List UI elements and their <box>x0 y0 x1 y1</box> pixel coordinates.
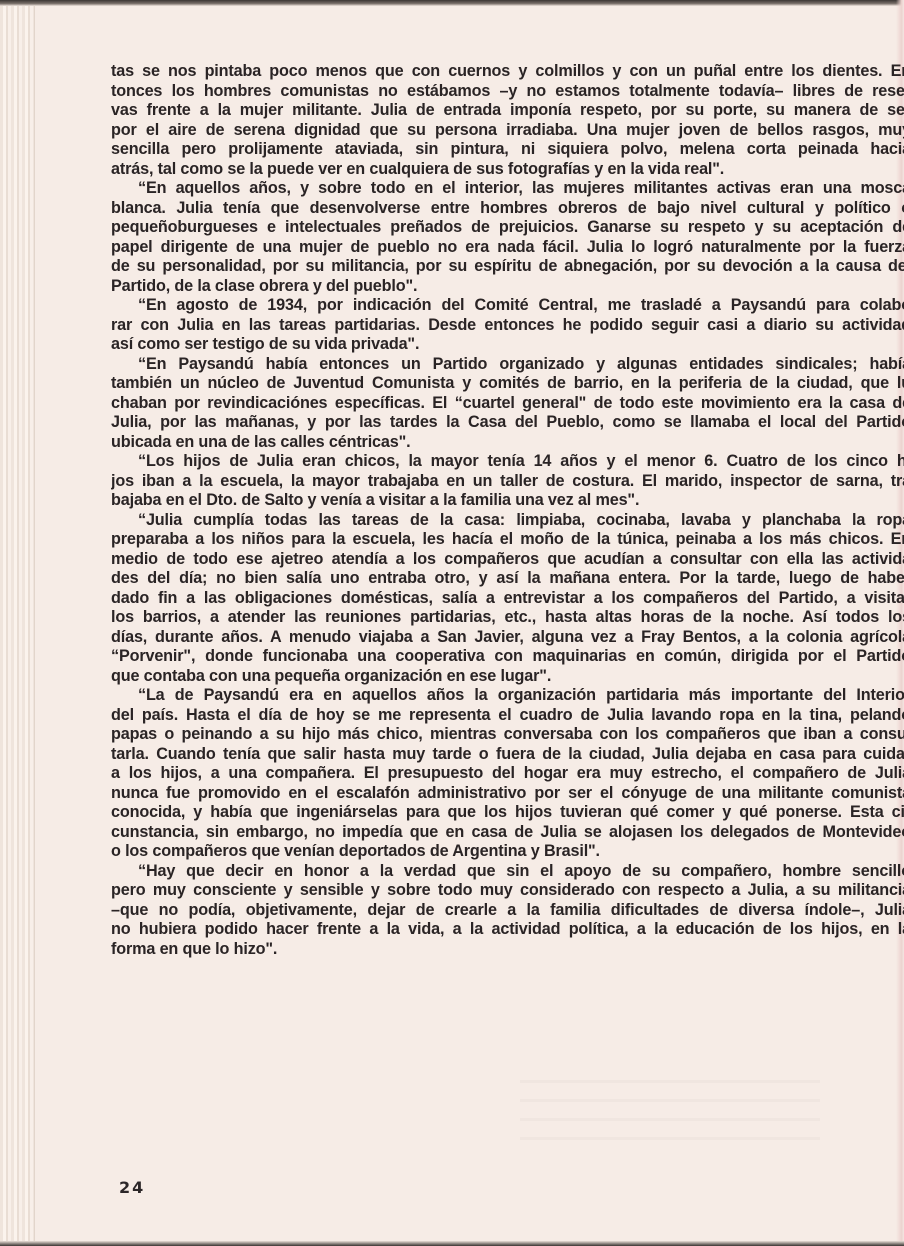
text-line: tonces los hombres comunistas no estábam… <box>111 82 904 102</box>
text-line: vas frente a la mujer militante. Julia d… <box>111 101 904 121</box>
text-line: que contaba con una pequeña organización… <box>111 667 904 687</box>
text-line: medio de todo ese ajetreo atendía a los … <box>111 550 904 570</box>
text-line: “Porvenir", donde funcionaba una coopera… <box>111 647 904 667</box>
text-line: forma en que lo hizo". <box>111 940 904 960</box>
text-line: también un núcleo de Juventud Comunista … <box>111 374 904 394</box>
text-line: papel dirigente de una mujer de pueblo n… <box>111 238 904 258</box>
text-line: días, durante años. A menudo viajaba a S… <box>111 628 904 648</box>
text-line: blanca. Julia tenía que desenvolverse en… <box>111 199 904 219</box>
text-line: Partido, de la clase obrera y del pueblo… <box>111 277 904 297</box>
text-line: “En agosto de 1934, por indicación del C… <box>111 296 904 316</box>
text-line: chaban por revindicaciónes específicas. … <box>111 394 904 414</box>
text-line: bajaba en el Dto. de Salto y venía a vis… <box>111 491 904 511</box>
text-line: atrás, tal como se la puede ver en cualq… <box>111 160 904 180</box>
text-line: preparaba a los niños para la escuela, l… <box>111 530 904 550</box>
text-line: “En aquellos años, y sobre todo en el in… <box>111 179 904 199</box>
text-line: por el aire de serena dignidad que su pe… <box>111 121 904 141</box>
text-line: –que no podía, objetivamente, dejar de c… <box>111 901 904 921</box>
text-line: cunstancia, sin embargo, no impedía que … <box>111 823 904 843</box>
text-line: conocida, y había que ingeniárselas para… <box>111 803 904 823</box>
text-line: “Los hijos de Julia eran chicos, la mayo… <box>111 452 904 472</box>
text-line: nunca fue promovido en el escalafón admi… <box>111 784 904 804</box>
text-line: sencilla pero prolijamente ataviada, sin… <box>111 140 904 160</box>
text-line: así como ser testigo de su vida privada"… <box>111 335 904 355</box>
text-line: papas o peinando a su hijo más chico, mi… <box>111 725 904 745</box>
text-line: del país. Hasta el día de hoy se me repr… <box>111 706 904 726</box>
body-text: tas se nos pintaba poco menos que con cu… <box>111 62 904 1162</box>
text-line: o los compañeros que venían deportados d… <box>111 842 904 862</box>
text-line: tas se nos pintaba poco menos que con cu… <box>111 62 904 82</box>
text-line: “La de Paysandú era en aquellos años la … <box>111 686 904 706</box>
text-line: “Julia cumplía todas las tareas de la ca… <box>111 511 904 531</box>
text-line: “En Paysandú había entonces un Partido o… <box>111 355 904 375</box>
scan-top-border <box>0 0 904 6</box>
text-line: pequeñoburgueses e intelectuales preñado… <box>111 218 904 238</box>
text-line: dado fin a las obligaciones domésticas, … <box>111 589 904 609</box>
text-line: rar con Julia en las tareas partidarias.… <box>111 316 904 336</box>
text-line: tarla. Cuando tenía que salir hasta muy … <box>111 745 904 765</box>
scan-bottom-border <box>0 1241 904 1246</box>
text-line: “Hay que decir en honor a la verdad que … <box>111 862 904 882</box>
text-line: pero muy consciente y sensible y sobre t… <box>111 881 904 901</box>
text-line: de su personalidad, por su militancia, p… <box>111 257 904 277</box>
text-line: los barrios, a atender las reuniones par… <box>111 608 904 628</box>
text-line: des del día; no bien salía uno entraba o… <box>111 569 904 589</box>
page-number: 24 <box>119 1178 145 1197</box>
text-line: jos iban a la escuela, la mayor trabajab… <box>111 472 904 492</box>
text-line: no hubiera podido hacer frente a la vida… <box>111 920 904 940</box>
text-line: Julia, por las mañanas, y por las tardes… <box>111 413 904 433</box>
page-stack-edge <box>0 0 35 1246</box>
text-line: ubicada en una de las calles céntricas". <box>111 433 904 453</box>
text-line: a los hijos, a una compañera. El presupu… <box>111 764 904 784</box>
